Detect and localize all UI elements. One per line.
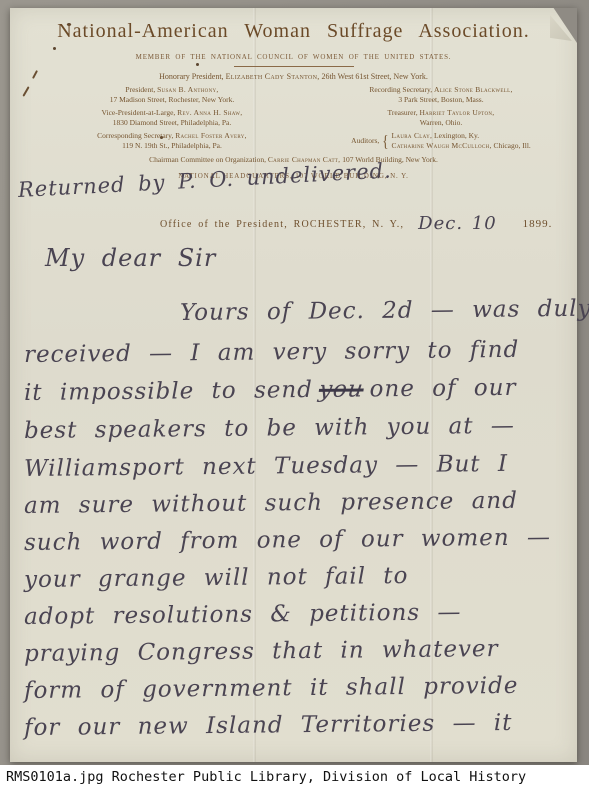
officer-role: Corresponding Secretary, [97,131,173,140]
handwritten-date: Dec. 10 [418,213,497,234]
office-date-line: Office of the President, ROCHESTER, N. Y… [160,213,552,234]
honorary-president-line: Honorary President, Elizabeth Cady Stant… [10,72,577,81]
member-line: MEMBER OF THE NATIONAL COUNCIL OF WOMEN … [10,53,577,61]
letter-line: form of government it shall provide [24,673,519,704]
letter-line: praying Congress that in whatever [24,636,499,667]
officer-name: Catharine Waugh McCulloch, [392,141,492,150]
officer-address: 17 Madison Street, Rochester, New York. [110,95,234,104]
officer-vice-president: Vice-President-at-Large, Rev. Anna H. Sh… [38,108,306,127]
officer-address: 3 Park Street, Boston, Mass. [398,95,483,104]
letter-line-with-strikeout: it impossible to sendyouone of our [24,375,517,406]
officer-treasurer: Treasurer, Harriet Taylor Upton, Warren,… [310,108,572,127]
officer-address: Chicago, Ill. [494,141,531,150]
letter-paper: National-American Woman Suffrage Associa… [10,8,577,762]
officer-address: Lexington, Ky. [434,131,479,140]
officer-address: Warren, Ohio. [420,118,463,127]
officer-role: Recording Secretary, [369,85,432,94]
letter-line: am sure without such presence and [24,488,518,519]
officer-name: Susan B. Anthony, [157,85,219,94]
officer-recording-secretary: Recording Secretary, Alice Stone Blackwe… [310,85,572,104]
letter-line: your grange will not fail to [24,563,409,593]
officer-name: Rev. Anna H. Shaw, [177,108,242,117]
officer-role: Vice-President-at-Large, [102,108,176,117]
letter-line: adopt resolutions & petitions — [24,599,462,630]
officer-address: 119 N. 19th St., Philadelphia, Pa. [122,141,222,150]
paper-speck [196,63,199,66]
officer-role: Chairman Committee on Organization, [149,155,266,164]
office-of-president-text: Office of the President, ROCHESTER, N. Y… [160,219,404,230]
letter-line: Williamsport next Tuesday — But I [24,451,508,482]
struck-word: you [317,376,365,403]
officer-name: Elizabeth Cady Stanton, [226,72,320,81]
salutation: My dear Sir [45,244,216,272]
officer-name: Laura Clay, [392,131,433,140]
returned-undelivered-note: Returned by P. O. undelivered. [17,158,392,202]
paper-speck [53,47,56,50]
caption-text: RMS0101a.jpg Rochester Public Library, D… [6,769,526,785]
caption-bar: RMS0101a.jpg Rochester Public Library, D… [0,765,589,791]
officer-name: Alice Stone Blackwell, [434,85,513,94]
organization-title: National-American Woman Suffrage Associa… [10,20,577,43]
officer-address: 26th West 61st Street, New York. [322,72,428,81]
scanned-letter-page: National-American Woman Suffrage Associa… [0,0,589,791]
officers-auditors: Auditors, { Laura Clay, Lexington, Ky. C… [310,131,572,150]
paper-mark [22,86,29,97]
officer-role: Treasurer, [388,108,418,117]
letter-line: for our new Island Territories — it [24,710,513,741]
officer-role: Auditors, [351,136,379,146]
letter-line: best speakers to be with you at — [24,413,515,444]
officers-right-column: Recording Secretary, Alice Stone Blackwe… [310,85,572,154]
officer-address: 1830 Diamond Street, Philadelphia, Pa. [113,118,232,127]
printed-year: 1899. [523,218,553,230]
letter-line: received — I am very sorry to find [24,337,520,368]
letter-line-pre: it impossible to send [24,377,313,406]
officer-president: President, Susan B. Anthony, 17 Madison … [38,85,306,104]
officer-role: Honorary President, [159,72,223,81]
officer-name: Rachel Foster Avery, [175,131,247,140]
letter-line: Yours of Dec. 2d — was duly [180,296,589,326]
brace-glyph: { [382,134,388,146]
letter-line-post: one of our [369,375,516,403]
letter-line: such word from one of our women — [24,524,551,556]
officer-corresponding-secretary: Corresponding Secretary, Rachel Foster A… [38,131,306,150]
officer-role: President, [125,85,155,94]
divider-rule [234,66,354,67]
officers-left-column: President, Susan B. Anthony, 17 Madison … [38,85,306,154]
auditor-entries: Laura Clay, Lexington, Ky. Catharine Wau… [392,131,531,150]
officer-name: Harriet Taylor Upton, [419,108,494,117]
